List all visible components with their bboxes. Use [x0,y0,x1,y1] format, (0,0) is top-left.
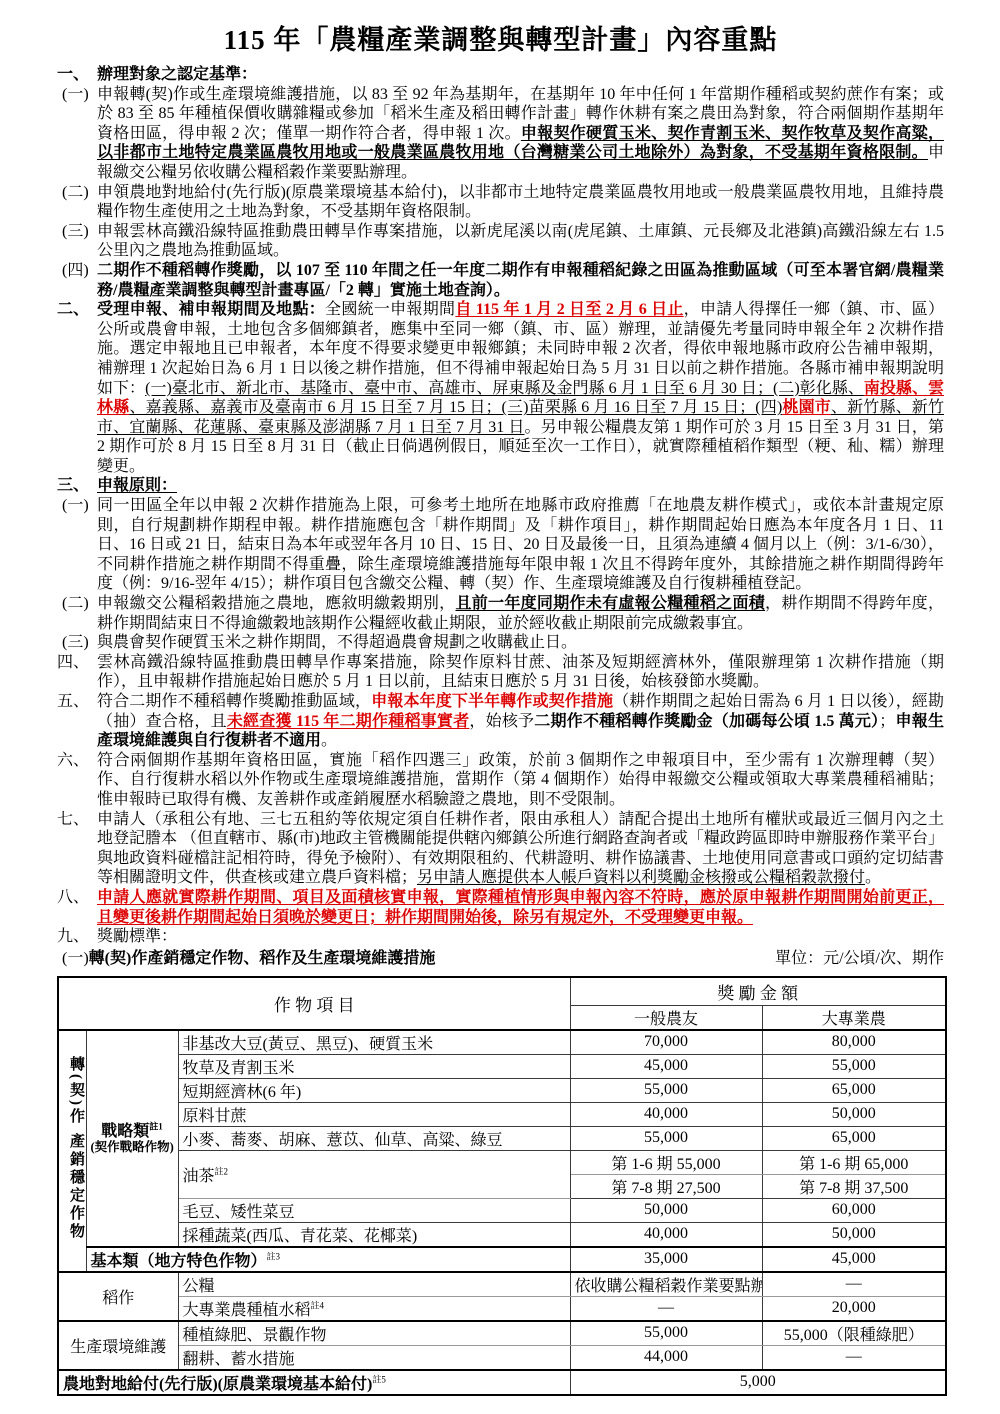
crop-cell: 短期經濟林(6 年) [178,1078,570,1102]
text-segment: 申領農地對地給付(先行版)(原農業環境基本給付)，以非都市土地特定農業區農牧用地… [97,184,944,221]
paragraph-label: 三、 [57,476,89,496]
paragraph: 三、申報原則： [57,476,944,496]
value-pro: 50,000 [762,1222,946,1247]
paragraph: 二、受理申報、補申報期間及地點：全國統一申報期間自 115 年 1 月 2 日至… [57,300,944,476]
crop-cell: 小麥、蕎麥、胡麻、薏苡、仙草、高粱、綠豆 [178,1126,570,1150]
paragraph: (二)申報繳交公糧稻穀措施之農地，應敘明繳穀期別，且前一年度同期作未有虛報公糧種… [57,594,944,633]
value-payment: 5,000 [570,1370,946,1395]
text-segment: 桃園市 [782,399,831,416]
paragraph-label: 九、 [57,927,89,947]
paragraph: (一)申報轉(契)作或生產環境維護措施，以 83 至 92 年為基期年，在基期年… [57,85,944,183]
group-basic: 基本類（地方特色作物）註3 [86,1247,570,1272]
text-segment: 符合兩個期作基期年資格田區，實施「稻作四選三」政策，於前 3 個期作之申報項目中… [97,752,944,808]
paragraph: (四)二期作不種稻轉作獎勵，以 107 至 110 年間之任一年度二期作有申報種… [57,261,944,300]
document-page: 115 年「農糧產業調整與轉型計畫」內容重點 一、辦理對象之認定基準：(一)申報… [0,0,1000,1414]
text-segment: (一)臺北市、新北市、基隆市、臺中市、高雄市、屏東縣及金門縣 6 月 1 日至 … [145,380,864,397]
value-general: 44,000 [570,1345,762,1370]
col-header-pro: 大專業農 [762,1005,946,1030]
crop-cell: 原料甘蔗 [178,1102,570,1126]
crop-cell: 翻耕、蓄水措施 [178,1345,570,1370]
value-general: 55,000 [570,1126,762,1150]
paragraph-label: (二) [62,183,89,203]
text-segment: 受理申報、補申報期間及地點： [97,301,325,318]
value-pro: 50,000 [762,1102,946,1126]
value-pro: — [762,1272,946,1297]
award-heading-label: (一) [62,949,89,969]
value-general: 40,000 [570,1102,762,1126]
paragraph: 七、申請人（承租公有地、三七五租約等依規定須自任耕作者，限由承租人）請配合提出土… [57,810,944,888]
footnote-mark: 註5 [372,1374,386,1384]
crop-cell: 大專業農種植水稻註4 [178,1296,570,1321]
paragraph-label: (二) [62,594,89,614]
paragraph: (三)與農會契作硬質玉米之耕作期間，不得超過農會規劃之收購截止日。 [57,633,944,653]
footnote-mark: 註1 [149,1121,163,1131]
paragraph: 九、獎勵標準： [57,927,944,947]
page-title: 115 年「農糧產業調整與轉型計畫」內容重點 [57,18,944,57]
value-general: 第 1-6 期 55,000 [570,1150,762,1174]
paragraph: (二)申領農地對地給付(先行版)(原農業環境基本給付)，以非都市土地特定農業區農… [57,183,944,222]
crop-cell: 毛豆、矮性菜豆 [178,1198,570,1222]
value-pro: 45,000 [762,1247,946,1272]
text-segment: 全國統一申報期間 [325,301,455,318]
crop-cell: 種植綠肥、景觀作物 [178,1321,570,1346]
paragraph-label: (三) [62,222,89,242]
text-segment: 自 115 年 1 月 2 日至 2 月 6 日止 [455,301,683,318]
value-general: 35,000 [570,1247,762,1272]
paragraph-label: (一) [62,496,89,516]
paragraph-label: 八、 [57,888,89,908]
text-segment: ； [879,713,895,730]
value-general: 50,000 [570,1198,762,1222]
text-segment: 與農會契作硬質玉米之耕作期間，不得超過農會規劃之收購截止日。 [97,634,577,651]
award-table: 作 物 項 目 獎 勵 金 額 一般農友 大專業農 轉(契)作 產銷穩定作物 戰… [57,976,947,1396]
group-transfer-crops: 轉(契)作 產銷穩定作物 [58,1030,86,1272]
value-general: 依收購公糧稻穀作業要點辦理 [570,1272,762,1297]
value-pro: 20,000 [762,1296,946,1321]
text-segment: 且前一年度同期作未有虛報公糧種稻之面積 [455,595,765,612]
text-segment: 申報繳交公糧稻穀措施之農地，應敘明繳穀期別， [97,595,455,612]
value-pro: — [762,1345,946,1370]
text-segment: 雲林高鐵沿線特區推動農田轉旱作專案措施，除契作原料甘蔗、油茶及短期經濟林外，僅限… [97,654,944,691]
text-segment: 。 [321,732,337,749]
text-segment: ，始核予 [469,713,534,730]
text-segment: 未經查獲 115 年二期作種稻事實者 [227,713,470,730]
unit-note: 單位：元/公頃/次、期作 [775,949,944,969]
value-pro: 第 7-8 期 37,500 [762,1174,946,1198]
paragraph-label: 六、 [57,751,89,771]
value-pro: 55,000 [762,1054,946,1078]
text-segment: 申報雲林高鐵沿線特區推動農田轉旱作專案措施，以新虎尾溪以南(虎尾鎮、土庫鎮、元長… [97,223,944,260]
crop-cell-oiltea: 油茶註2 [178,1150,570,1198]
crop-cell: 採種蔬菜(西瓜、青花菜、花椰菜) [178,1222,570,1247]
value-general: 70,000 [570,1030,762,1055]
paragraph-label: (四) [62,261,89,281]
paragraph-label: 七、 [57,810,89,830]
value-pro: 60,000 [762,1198,946,1222]
text-segment: 、嘉義縣、嘉義市及臺南市 6 月 15 日至 7 月 15 日；(三)苗栗縣 6… [129,399,782,416]
paragraph-label: 五、 [57,692,89,712]
group-env: 生產環境維護 [58,1321,178,1370]
crop-cell: 公糧 [178,1272,570,1297]
footnote-mark: 註2 [215,1166,229,1176]
group-rice: 稻作 [58,1272,178,1321]
text-segment: 獎勵標準： [97,928,177,945]
col-header-general: 一般農友 [570,1005,762,1030]
value-pro: 80,000 [762,1030,946,1055]
value-general: 45,000 [570,1054,762,1078]
value-general: — [570,1296,762,1321]
paragraph: 五、符合二期作不種稻轉作獎勵推動區域，申報本年度下半年轉作或契作措施（耕作期間之… [57,692,944,751]
value-general: 40,000 [570,1222,762,1247]
text-segment: 申請人應就實際耕作期間、項目及面積核實申報，實際種植情形與申報內容不符時，應於原… [97,889,944,926]
value-pro: 65,000 [762,1078,946,1102]
award-heading-line: (一)轉(契)作產銷穩定作物、稻作及生產環境維護措施 單位：元/公頃/次、期作 [57,949,944,969]
paragraph: 一、辦理對象之認定基準： [57,65,944,85]
col-header-award: 獎 勵 金 額 [570,977,946,1006]
value-general: 55,000 [570,1321,762,1346]
text-segment: 二期作不種稻轉作獎勵，以 107 至 110 年間之任一年度二期作有申報種稻紀錄… [97,262,944,299]
paragraph: (一)同一田區全年以申報 2 次耕作措施為上限，可參考土地所在地縣市政府推薦「在… [57,496,944,594]
paragraph: 四、雲林高鐵沿線特區推動農田轉旱作專案措施，除契作原料甘蔗、油茶及短期經濟林外，… [57,653,944,692]
text-segment: 申報原則： [97,477,177,494]
paragraph: 六、符合兩個期作基期年資格田區，實施「稻作四選三」政策，於前 3 個期作之申報項… [57,751,944,810]
paragraph: 八、申請人應就實際耕作期間、項目及面積核實申報，實際種植情形與申報內容不符時，應… [57,888,944,927]
col-header-crop: 作 物 項 目 [58,977,570,1030]
value-pro: 55,000（限種綠肥） [762,1321,946,1346]
row-land-payment: 農地對地給付(先行版)(原農業環境基本給付)註5 [58,1370,570,1395]
document-body: 一、辦理對象之認定基準：(一)申報轉(契)作或生產環境維護措施，以 83 至 9… [57,65,944,947]
paragraph-label: (一) [62,85,89,105]
text-segment: 。 [865,869,881,886]
paragraph-label: 一、 [57,65,89,85]
group-strategy: 戰略類註1 (契作戰略作物) [86,1030,178,1247]
value-pro: 第 1-6 期 65,000 [762,1150,946,1174]
footnote-mark: 註4 [311,1300,325,1310]
text-segment: 同一田區全年以申報 2 次耕作措施為上限，可參考土地所在地縣市政府推薦「在地農友… [97,497,944,592]
value-pro: 65,000 [762,1126,946,1150]
value-general: 55,000 [570,1078,762,1102]
paragraph-label: 四、 [57,653,89,673]
text-segment: 符合二期作不種稻轉作獎勵推動區域， [97,693,371,710]
crop-cell: 非基改大豆(黃豆、黑豆)、硬質玉米 [178,1030,570,1055]
crop-cell: 牧草及青割玉米 [178,1054,570,1078]
award-heading-text: 轉(契)作產銷穩定作物、稻作及生產環境維護措施 [89,949,436,969]
paragraph-label: (三) [62,633,89,653]
paragraph: (三)申報雲林高鐵沿線特區推動農田轉旱作專案措施，以新虎尾溪以南(虎尾鎮、土庫鎮… [57,222,944,261]
text-segment: 二期作不種稻轉作獎勵金（加碼每公頃 1.5 萬元） [534,713,879,730]
footnote-mark: 註3 [267,1251,281,1261]
text-segment: 另申請人應提供本人帳戶資料以利獎勵金核撥或公糧稻穀款撥付 [417,869,865,886]
text-segment: 申報本年度下半年轉作或契作措施 [371,693,613,710]
value-general: 第 7-8 期 27,500 [570,1174,762,1198]
paragraph-label: 二、 [57,300,89,320]
text-segment: 辦理對象之認定基準： [97,66,257,83]
